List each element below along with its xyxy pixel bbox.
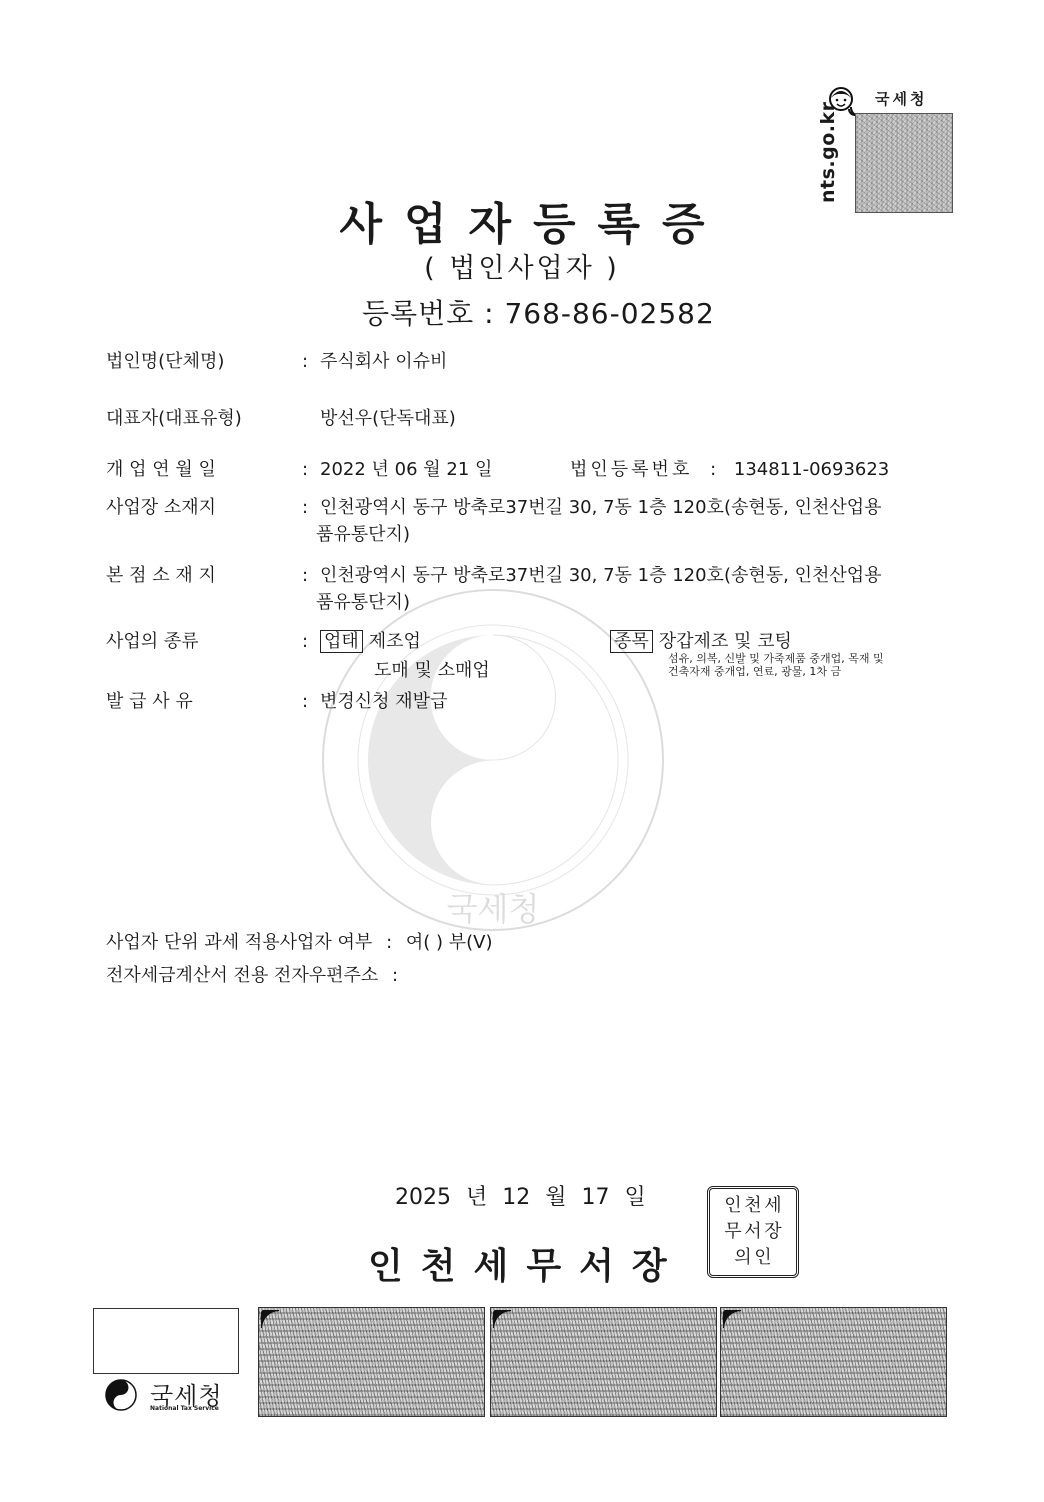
field-issue-reason: 발 급 사 유:변경신청 재발급	[106, 687, 447, 713]
field-unit-tax: 사업자 단위 과세 적용사업자 여부 : 여( ) 부(V)	[106, 928, 493, 954]
category-2: 도매 및 소매업	[374, 656, 490, 682]
field-label: 사업의 종류	[106, 627, 302, 653]
taegeuk-icon	[104, 1378, 138, 1412]
field-corp-reg-no: 법인등록번호 : 134811-0693623	[570, 455, 889, 481]
issue-date: 2025 년 12 월 17 일	[395, 1180, 646, 1211]
official-seal-icon: 인천세무 서장의인	[707, 1186, 799, 1278]
field-value: 인천광역시 동구 방축로37번길 30, 7동 1층 120호(송현동, 인천산…	[320, 493, 882, 519]
registration-label: 등록번호 :	[362, 297, 495, 330]
document-subtitle: ( 법인사업자 )	[0, 246, 1044, 285]
item-sub: 섬유, 의복, 신발 및 가죽제품 중개업, 목재 및 건축자재 중개업, 연료…	[668, 652, 884, 678]
field-business-type: 사업의 종류:업태제조업	[106, 627, 421, 653]
field-value: 인천광역시 동구 방축로37번길 30, 7동 1층 120호(송현동, 인천산…	[320, 561, 882, 587]
field-label: 법인명(단체명)	[106, 347, 302, 373]
field-label: 개 업 연 월 일	[106, 455, 302, 481]
category-1: 제조업	[369, 631, 421, 652]
field-head-office: 본 점 소 재 지:인천광역시 동구 방축로37번길 30, 7동 1층 120…	[106, 561, 882, 587]
registration-number: 등록번호 : 768-86-02582	[362, 292, 715, 332]
field-value: 여( ) 부(V)	[406, 932, 493, 953]
document-title: 사업자등록증	[0, 188, 1044, 252]
field-label: 사업자 단위 과세 적용사업자 여부	[106, 932, 372, 953]
field-business-address: 사업장 소재지:인천광역시 동구 방축로37번길 30, 7동 1층 120호(…	[106, 493, 882, 519]
field-label: 발 급 사 유	[106, 687, 302, 713]
nts-label: 국세청	[875, 88, 927, 109]
field-value: 134811-0693623	[734, 459, 889, 480]
category-tag: 업태	[320, 630, 363, 653]
registration-value: 768-86-02582	[504, 297, 714, 330]
field-label: 법인등록번호	[570, 459, 692, 480]
field-value: 방선우(단독대표)	[320, 404, 456, 430]
signal-arc-icon	[723, 1310, 743, 1330]
field-head-office-cont: 품유통단지)	[316, 588, 410, 614]
security-barcode-2	[490, 1307, 717, 1417]
item-main: 장갑제조 및 코팅	[659, 631, 792, 652]
issuing-office: 인천세무서장	[368, 1238, 685, 1289]
field-representative: 대표자(대표유형)방선우(단독대표)	[106, 404, 456, 430]
item-tag: 종목	[610, 630, 653, 653]
svg-text:국세청: 국세청	[447, 890, 540, 928]
signal-arc-icon	[261, 1310, 281, 1330]
field-e-invoice-email: 전자세금계산서 전용 전자우편주소 :	[106, 961, 406, 987]
field-value: 변경신청 재발급	[320, 687, 447, 713]
field-open-date: 개 업 연 월 일:2022 년 06 월 21 일	[106, 455, 492, 481]
field-corp-name: 법인명(단체명):주식회사 이슈비	[106, 347, 447, 373]
field-label: 대표자(대표유형)	[106, 404, 302, 430]
signal-arc-icon	[493, 1310, 513, 1330]
blank-stamp-box	[93, 1308, 239, 1374]
field-label: 전자세금계산서 전용 전자우편주소	[106, 965, 378, 986]
security-barcode-3	[720, 1307, 947, 1417]
field-business-address-cont: 품유통단지)	[316, 520, 410, 546]
field-value: 2022 년 06 월 21 일	[320, 455, 492, 481]
security-barcode-1	[258, 1307, 485, 1417]
nts-logo-eng: National Tax Service	[150, 1405, 219, 1412]
field-label: 본 점 소 재 지	[106, 561, 302, 587]
field-label: 사업장 소재지	[106, 493, 302, 519]
business-items: 종목장갑제조 및 코팅	[610, 627, 792, 653]
field-value: 주식회사 이슈비	[320, 347, 447, 373]
